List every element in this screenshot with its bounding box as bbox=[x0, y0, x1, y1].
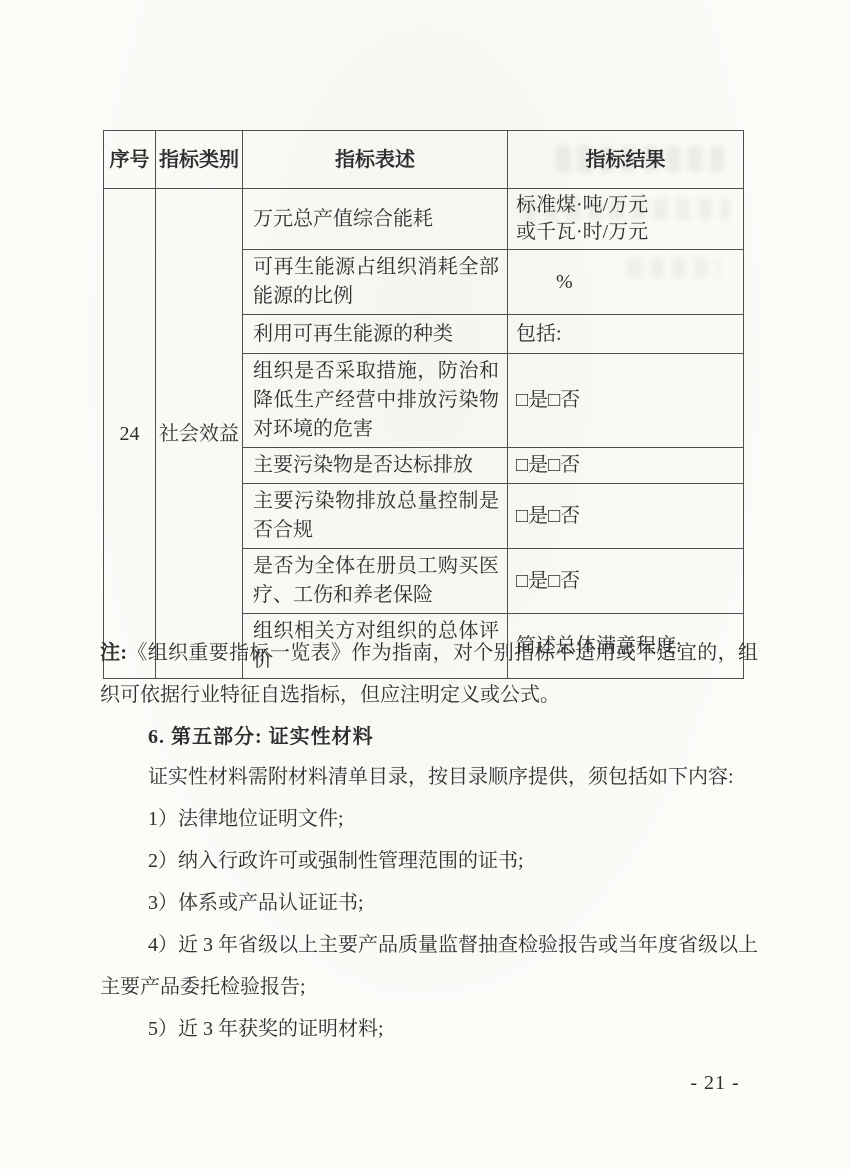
indicator-desc-cell: 万元总产值综合能耗 bbox=[243, 189, 508, 250]
indicator-desc-cell: 是否为全体在册员工购买医疗、工伤和养老保险 bbox=[243, 549, 508, 614]
indicator-table: 序号 指标类别 指标表述 指标结果 24 社会效益 万元总产值综合能耗 标准煤·… bbox=[103, 130, 744, 679]
list-item-2: 2）纳入行政许可或强制性管理范围的证书; bbox=[100, 840, 758, 882]
header-serial-number: 序号 bbox=[104, 131, 156, 189]
row-number-cell: 24 bbox=[104, 189, 156, 679]
list-item-5: 5）近 3 年获奖的证明材料; bbox=[100, 1008, 758, 1050]
indicator-desc-cell: 利用可再生能源的种类 bbox=[243, 315, 508, 354]
indicator-desc-cell: 主要污染物排放总量控制是否合规 bbox=[243, 484, 508, 549]
indicator-result-cell: □是□否 bbox=[508, 448, 744, 484]
indicator-result-cell: 标准煤·吨/万元 或千瓦·时/万元 bbox=[508, 189, 744, 250]
note-paragraph: 注:《组织重要指标一览表》作为指南，对个别指标不适用或不适宜的，组织可依据行业特… bbox=[100, 632, 758, 716]
note-label: 注: bbox=[100, 642, 127, 664]
intro-paragraph: 证实性材料需附材料清单目录，按目录顺序提供，须包括如下内容: bbox=[100, 756, 758, 798]
list-item-4: 4）近 3 年省级以上主要产品质量监督抽查检验报告或当年度省级以上主要产品委托检… bbox=[100, 924, 758, 1008]
list-item-3: 3）体系或产品认证证书; bbox=[100, 882, 758, 924]
indicator-result-cell: □是□否 bbox=[508, 484, 744, 549]
list-item-1: 1）法律地位证明文件; bbox=[100, 798, 758, 840]
indicator-desc-cell: 主要污染物是否达标排放 bbox=[243, 448, 508, 484]
category-cell: 社会效益 bbox=[156, 189, 243, 679]
indicator-result-cell: □是□否 bbox=[508, 354, 744, 448]
table-row: 24 社会效益 万元总产值综合能耗 标准煤·吨/万元 或千瓦·时/万元 bbox=[104, 189, 744, 250]
section-heading: 6. 第五部分: 证实性材料 bbox=[148, 720, 374, 749]
section-body: 证实性材料需附材料清单目录，按目录顺序提供，须包括如下内容: 1）法律地位证明文… bbox=[100, 756, 758, 1050]
indicator-result-cell: □是□否 bbox=[508, 549, 744, 614]
table-header-row: 序号 指标类别 指标表述 指标结果 bbox=[104, 131, 744, 189]
page-number: - 21 - bbox=[660, 1072, 770, 1095]
header-indicator-category: 指标类别 bbox=[156, 131, 243, 189]
indicator-desc-cell: 组织是否采取措施，防治和降低生产经营中排放污染物对环境的危害 bbox=[243, 354, 508, 448]
note-text: 《组织重要指标一览表》作为指南，对个别指标不适用或不适宜的，组织可依据行业特征自… bbox=[100, 642, 758, 706]
indicator-desc-cell: 可再生能源占组织消耗全部能源的比例 bbox=[243, 250, 508, 315]
document-page: 序号 指标类别 指标表述 指标结果 24 社会效益 万元总产值综合能耗 标准煤·… bbox=[0, 0, 850, 1169]
header-indicator-result: 指标结果 bbox=[508, 131, 744, 189]
header-indicator-description: 指标表述 bbox=[243, 131, 508, 189]
indicator-result-cell: % bbox=[508, 250, 744, 315]
indicator-result-cell: 包括: bbox=[508, 315, 744, 354]
